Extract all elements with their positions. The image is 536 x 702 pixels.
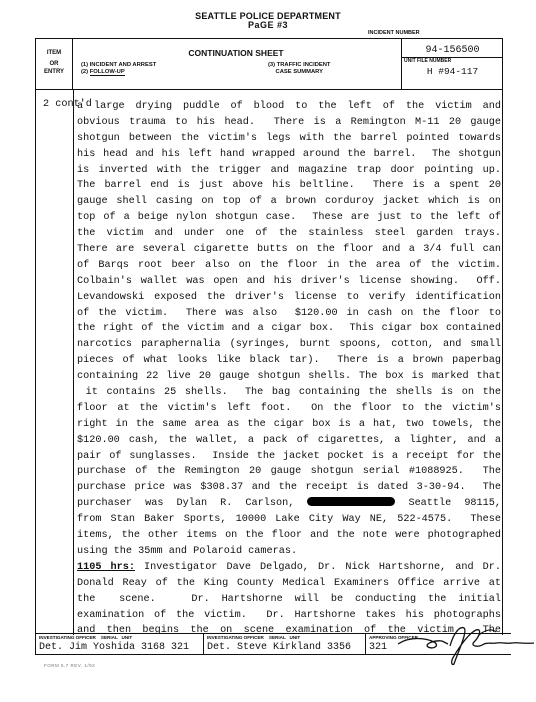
header-table: ITEM OR ENTRY CONTINUATION SHEET (1) INC… bbox=[35, 38, 503, 90]
narrative-line: containing 22 live 20 gauge shotgun shel… bbox=[77, 369, 501, 385]
handwritten-signature bbox=[388, 622, 536, 668]
form-number: FORM 5.7 REV. 1/92 bbox=[44, 663, 95, 668]
option-follow-up-number: (2) bbox=[81, 69, 90, 75]
narrative-lines: a large drying puddle of blood to the le… bbox=[77, 99, 501, 496]
entry-column-divider bbox=[73, 90, 74, 635]
incident-number: 94-156500 bbox=[402, 45, 503, 56]
narrative-line: floor at the victim's left foot. On the … bbox=[77, 401, 501, 417]
narrative-line: purchase of the Remington 20 gauge shotg… bbox=[77, 464, 501, 480]
narrative-line: the scene. Dr. Hartshorne will be conduc… bbox=[77, 592, 501, 608]
option-follow-up-label: FOLLOW-UP bbox=[90, 69, 125, 76]
time-entry: 1105 hrs: bbox=[77, 562, 135, 573]
option-traffic-incident-line2: CASE SUMMARY bbox=[268, 69, 330, 76]
unit-file-number: H #94-117 bbox=[402, 66, 503, 77]
narrative-line: top of a beige nylon shotgun case. These… bbox=[77, 210, 501, 226]
option-incident-and-arrest: (1) INCIDENT AND ARREST bbox=[81, 62, 156, 68]
item-or-entry-column: ITEM OR ENTRY bbox=[36, 39, 73, 89]
narrative-line: gauge shell casing on top of a brown cor… bbox=[77, 194, 501, 210]
numbers-column: 94-156500 UNIT FILE NUMBER H #94-117 bbox=[401, 39, 503, 89]
narrative-line: Donald Reay of the King County Medical E… bbox=[77, 576, 501, 592]
narrative-line-time-entry: 1105 hrs: Investigator Dave Delgado, Dr.… bbox=[77, 560, 501, 576]
narrative-line: items, the other items on the floor and … bbox=[77, 528, 501, 544]
entry-label: ENTRY bbox=[36, 69, 72, 75]
investigating-officer-1: INVESTIGATING OFFICER SERIAL UNIT Det. J… bbox=[36, 634, 204, 654]
narrative-line: of the victim. There was also $120.00 in… bbox=[77, 306, 501, 322]
narrative-line: a large drying puddle of blood to the le… bbox=[77, 99, 501, 115]
narrative-line: is inverted with the trigger and magazin… bbox=[77, 163, 501, 179]
sheet-title: CONTINUATION SHEET bbox=[73, 48, 399, 58]
narrative-line-purchaser: purchaser was Dylan R. Carlson, Seattle … bbox=[77, 496, 501, 512]
narrative-line: shotgun between the victim's legs with t… bbox=[77, 131, 501, 147]
narrative-line: right in the same area as the cigar box … bbox=[77, 417, 501, 433]
narrative-line: examination of the victim. Dr. Hartshorn… bbox=[77, 608, 501, 624]
narrative-line: Levandowski exposed the driver's license… bbox=[77, 290, 501, 306]
page-number: PaGE #3 bbox=[0, 20, 536, 30]
investigating-officer-label: INVESTIGATING OFFICER SERIAL UNIT bbox=[207, 635, 300, 640]
narrative-line: the right of the victim and a cigar box.… bbox=[77, 321, 501, 337]
narrative-line: pieces of what looks like black tar). Th… bbox=[77, 353, 501, 369]
narrative-line: of Barqs root beer also on the floor in … bbox=[77, 258, 501, 274]
narrative-line: The barrel end is just above his beltlin… bbox=[77, 178, 501, 194]
narrative-line: $120.00 cash, the wallet, a pack of ciga… bbox=[77, 433, 501, 449]
narrative-line: his head and his left hand wrapped aroun… bbox=[77, 147, 501, 163]
approving-officer-value: 321 bbox=[369, 642, 387, 653]
narrative-line: There are several cigarette butts on the… bbox=[77, 242, 501, 258]
unit-file-number-label: UNIT FILE NUMBER bbox=[404, 58, 451, 64]
narrative-line: Colbain's wallet was open and his driver… bbox=[77, 274, 501, 290]
incident-number-label: INCIDENT NUMBER bbox=[368, 30, 420, 36]
narrative-line: narcotics paraphernalia (syringes, burnt… bbox=[77, 337, 501, 353]
option-follow-up: (2) FOLLOW-UP bbox=[81, 69, 125, 75]
purchaser-text: purchaser was Dylan R. Carlson, bbox=[77, 498, 307, 509]
investigating-officer-label: INVESTIGATING OFFICER SERIAL UNIT bbox=[39, 635, 132, 640]
time-entry-text: Investigator Dave Delgado, Dr. Nick Hart… bbox=[135, 562, 501, 573]
investigating-officer-value: Det. Steve Kirkland 3356 bbox=[207, 642, 351, 653]
investigating-officer-2: INVESTIGATING OFFICER SERIAL UNIT Det. S… bbox=[204, 634, 366, 654]
narrative-line: from Stan Baker Sports, 10000 Lake City … bbox=[77, 512, 501, 528]
narrative-line: the victim and under one of the stainles… bbox=[77, 226, 501, 242]
option-traffic-incident-line1: (3) TRAFFIC INCIDENT bbox=[268, 62, 330, 69]
purchaser-address-text: Seattle 98115, bbox=[395, 498, 501, 509]
or-label: OR bbox=[36, 61, 72, 67]
redaction-bar bbox=[307, 497, 395, 506]
narrative-line: it contains 25 shells. The bag containin… bbox=[77, 385, 501, 401]
narrative-line: purchase price was $308.37 and the recei… bbox=[77, 480, 501, 496]
narrative-lines: from Stan Baker Sports, 10000 Lake City … bbox=[77, 512, 501, 560]
narrative-line: using the 35mm and Polaroid cameras. bbox=[77, 544, 501, 560]
narrative-line: obvious trauma to his head. There is a R… bbox=[77, 115, 501, 131]
narrative-line: pair of sunglasses. Inside the jacket po… bbox=[77, 449, 501, 465]
narrative-text: a large drying puddle of blood to the le… bbox=[77, 99, 501, 639]
option-traffic-incident: (3) TRAFFIC INCIDENT CASE SUMMARY bbox=[268, 62, 330, 76]
item-label: ITEM bbox=[36, 50, 72, 56]
investigating-officer-value: Det. Jim Yoshida 3168 321 bbox=[39, 642, 189, 653]
